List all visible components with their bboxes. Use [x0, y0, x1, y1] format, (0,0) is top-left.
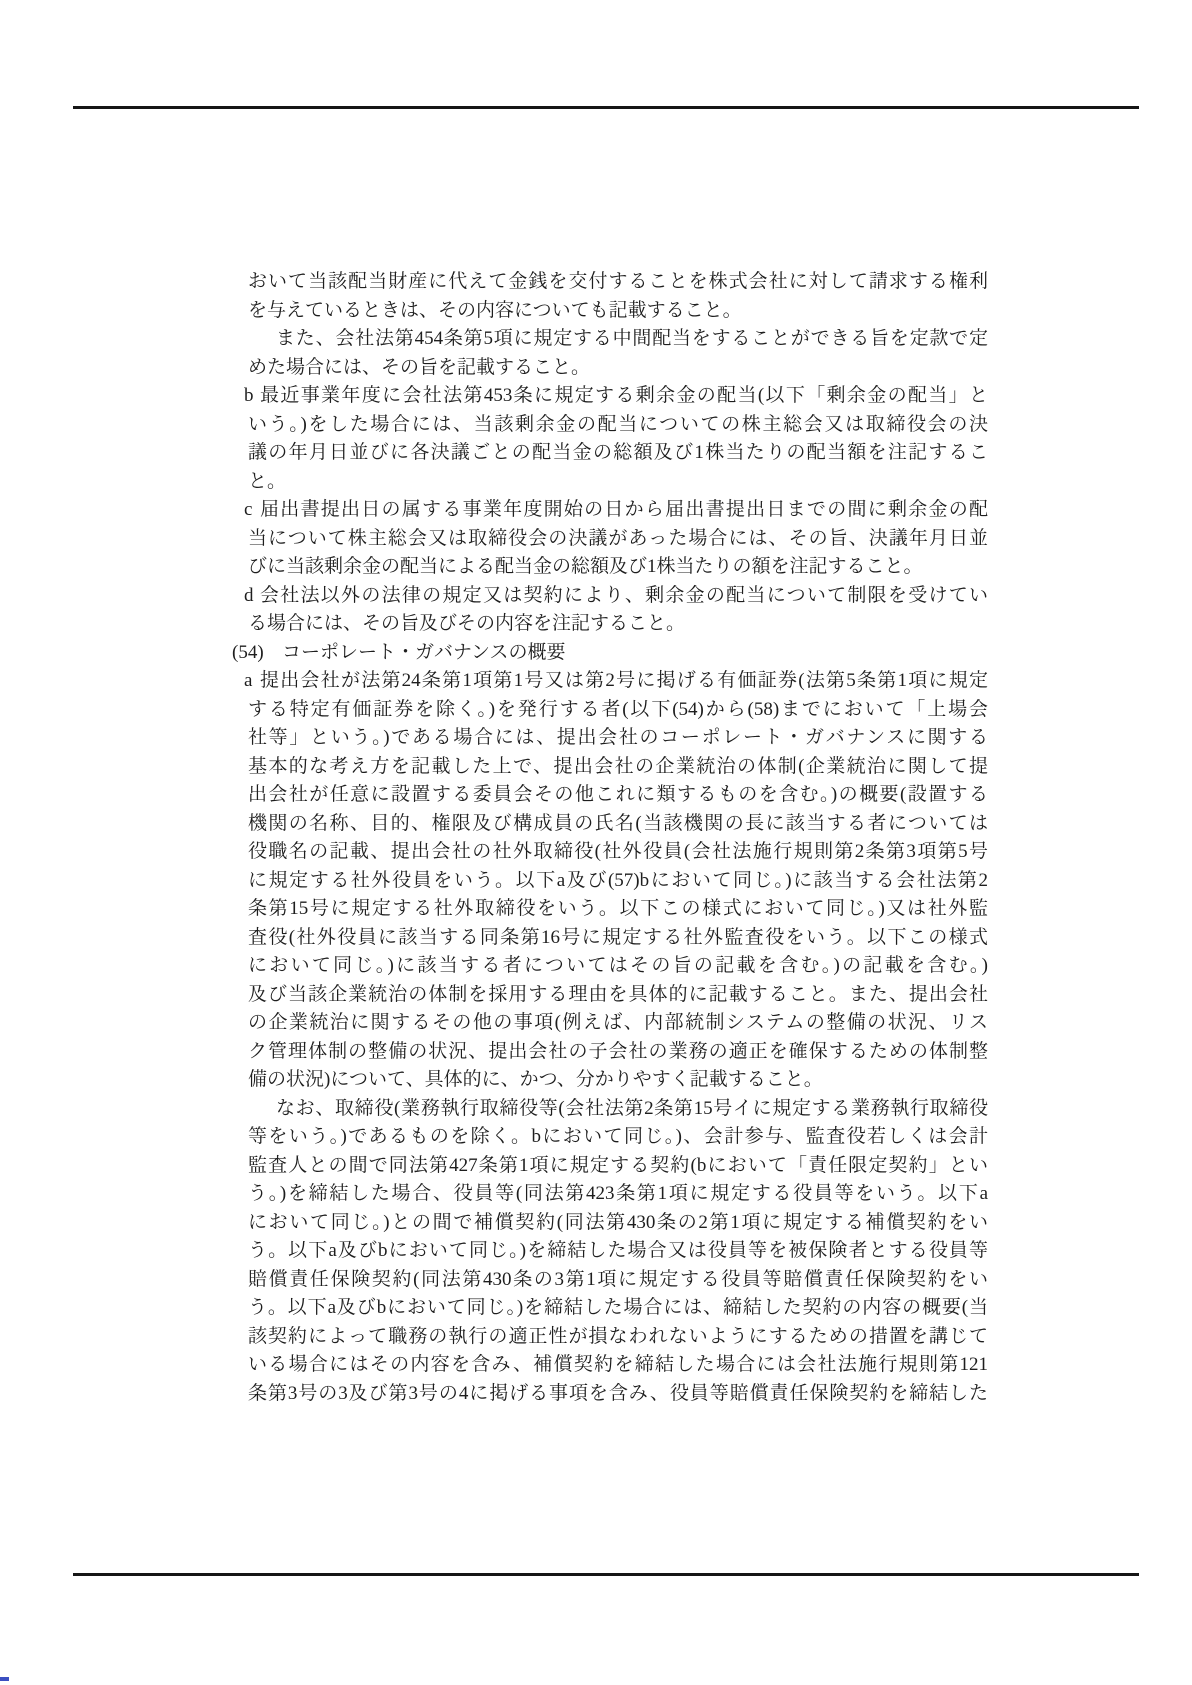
text-line: る場合には、その旨及びその内容を注記すること。 [0, 610, 1192, 639]
text-line: びに当該剰余金の配当による配当金の総額及び1株当たりの額を注記すること。 [0, 553, 1192, 582]
text-line: において同じ。)に該当する者についてはその旨の記載を含む。)の記載を含む。) [0, 952, 1192, 981]
text-line: において同じ。)との間で補償契約(同法第430条の2第1項に規定する補償契約をい [0, 1209, 1192, 1238]
text-line: 監査人との間で同法第427条第1項に規定する契約(bにおいて「責任限定契約」とい [0, 1152, 1192, 1181]
text-line: 役職名の記載、提出会社の社外取締役(社外役員(会社法施行規則第2条第3項第5号 [0, 838, 1192, 867]
text-line: 機関の名称、目的、権限及び構成員の氏名(当該機関の長に該当する者については [0, 810, 1192, 839]
text-line: 基本的な考え方を記載した上で、提出会社の企業統治の体制(企業統治に関して提 [0, 753, 1192, 782]
text-line: a提出会社が法第24条第1項第1号又は第2号に掲げる有価証券(法第5条第1項に規… [0, 667, 1192, 696]
text-line: ク管理体制の整備の状況、提出会社の子会社の業務の適正を確保するための体制整 [0, 1038, 1192, 1067]
text-line: 査役(社外役員に該当する同条第16号に規定する社外監査役をいう。以下この様式 [0, 924, 1192, 953]
text-line: d会社法以外の法律の規定又は契約により、剰余金の配当について制限を受けてい [0, 582, 1192, 611]
text-line: う。)を締結した場合、役員等(同法第423条第1項に規定する役員等をいう。以下a [0, 1180, 1192, 1209]
scan-artifact [0, 1677, 9, 1681]
text-line: する特定有価証券を除く。)を発行する者(以下(54)から(58)までにおいて「上… [0, 696, 1192, 725]
text-line: う。以下a及びbにおいて同じ。)を締結した場合又は役員等を被保険者とする役員等 [0, 1237, 1192, 1266]
item-label: d [244, 582, 254, 611]
text-line: 該契約によって職務の執行の適正性が損なわれないようにするための措置を講じて [0, 1323, 1192, 1352]
text-block: おいて当該配当財産に代えて金銭を交付することを株式会社に対して請求する権利を与え… [0, 0, 1192, 1685]
text-line: b最近事業年度に会社法第453条に規定する剰余金の配当(以下「剰余金の配当」と [0, 382, 1192, 411]
text-line: と。 [0, 468, 1192, 497]
text-line: 及び当該企業統治の体制を採用する理由を具体的に記載すること。また、提出会社 [0, 981, 1192, 1010]
text-line: 賠償責任保険契約(同法第430条の3第1項に規定する役員等賠償責任保険契約をい [0, 1266, 1192, 1295]
item-label: b [244, 382, 254, 411]
text-line: 議の年月日並びに各決議ごとの配当金の総額及び1株当たりの配当額を注記するこ [0, 439, 1192, 468]
bottom-rule [73, 1573, 1139, 1576]
text-line: めた場合には、その旨を記載すること。 [0, 354, 1192, 383]
item-label: a [244, 667, 252, 696]
text-line: いる場合にはその内容を含み、補償契約を締結した場合には会社法施行規則第121 [0, 1351, 1192, 1380]
text-line: の企業統治に関するその他の事項(例えば、内部統制システムの整備の状況、リス [0, 1009, 1192, 1038]
text-line: 備の状況)について、具体的に、かつ、分かりやすく記載すること。 [0, 1066, 1192, 1095]
text-line: 当について株主総会又は取締役会の決議があった場合には、その旨、決議年月日並 [0, 525, 1192, 554]
section-number: (54) [232, 639, 264, 668]
text-line: おいて当該配当財産に代えて金銭を交付することを株式会社に対して請求する権利 [0, 268, 1192, 297]
text-line: 条第15号に規定する社外取締役をいう。以下この様式において同じ。)又は社外監 [0, 895, 1192, 924]
text-line: c届出書提出日の属する事業年度開始の日から届出書提出日までの間に剰余金の配 [0, 496, 1192, 525]
text-line: なお、取締役(業務執行取締役等(会社法第2条第15号イに規定する業務執行取締役 [0, 1095, 1192, 1124]
text-line: 条第3号の3及び第3号の4に掲げる事項を含み、役員等賠償責任保険契約を締結した [0, 1380, 1192, 1409]
text-line: また、会社法第454条第5項に規定する中間配当をすることができる旨を定款で定 [0, 325, 1192, 354]
text-line: う。以下a及びbにおいて同じ。)を締結した場合には、締結した契約の内容の概要(当 [0, 1294, 1192, 1323]
text-line: 等をいう。)であるものを除く。bにおいて同じ。)、会計参与、監査役若しくは会計 [0, 1123, 1192, 1152]
text-line: に規定する社外役員をいう。以下a及び(57)bにおいて同じ。)に該当する会社法第… [0, 867, 1192, 896]
text-line: 社等」という。)である場合には、提出会社のコーポレート・ガバナンスに関する [0, 724, 1192, 753]
document-page: おいて当該配当財産に代えて金銭を交付することを株式会社に対して請求する権利を与え… [0, 0, 1192, 1685]
text-line: 出会社が任意に設置する委員会その他これに類するものを含む。)の概要(設置する [0, 781, 1192, 810]
text-line: を与えているときは、その内容についても記載すること。 [0, 297, 1192, 326]
text-line: いう。)をした場合には、当該剰余金の配当についての株主総会又は取締役会の決 [0, 411, 1192, 440]
text-line: (54)コーポレート・ガバナンスの概要 [0, 639, 1192, 668]
item-label: c [244, 496, 252, 525]
